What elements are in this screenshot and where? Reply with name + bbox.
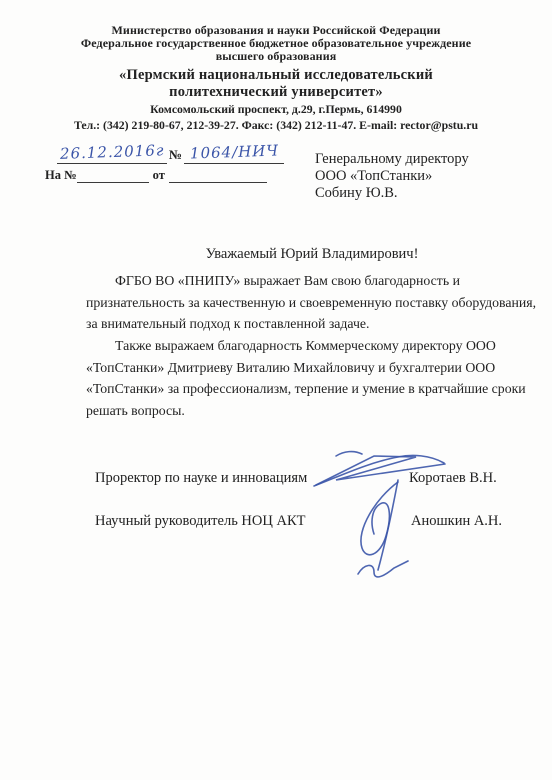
paragraph2-line: «ТопСтанки» Дмитриеву Виталию Михайлович… <box>86 357 542 379</box>
letterhead-university-line1: «Пермский национальный исследовательский <box>0 67 552 84</box>
letter-body: ФГБО ВО «ПНИПУ» выражает Вам свою благод… <box>86 270 542 422</box>
signer1-name: Коротаев В.Н. <box>409 470 497 487</box>
reply-number-blank <box>77 169 149 183</box>
scanned-letter-page: Министерство образования и науки Российс… <box>0 0 552 780</box>
signature-anoshkin <box>346 478 416 586</box>
addressee-position: Генеральному директору <box>315 151 469 168</box>
paragraph1-line: за внимательный подход к поставленной за… <box>86 313 542 335</box>
addressee-company: ООО «ТопСтанки» <box>315 168 469 185</box>
paragraph2-line: «ТопСтанки» за профессионализм, терпение… <box>86 378 542 400</box>
reply-from-label: от <box>149 168 169 183</box>
salutation: Уважаемый Юрий Владимирович! <box>86 246 538 263</box>
signer2-name: Аношкин А.Н. <box>411 513 502 530</box>
letterhead-university-line2: политехнический университет» <box>0 84 552 101</box>
addressee-person: Собину Ю.В. <box>315 185 469 202</box>
letterhead-address: Комсомольский проспект, д.29, г.Пермь, 6… <box>0 102 552 117</box>
signer1-title: Проректор по науке и инновациям <box>95 470 307 487</box>
handwritten-date: 26.12.2016г <box>59 141 164 163</box>
reply-prefix-label: На № <box>45 168 77 183</box>
letterhead-contacts: Тел.: (342) 219-80-67, 212-39-27. Факс: … <box>0 118 552 133</box>
reply-date-blank <box>169 169 267 183</box>
outgoing-number-field: 1064/НИЧ <box>184 144 284 164</box>
addressee-block: Генеральному директору ООО «ТопСтанки» С… <box>315 151 469 201</box>
paragraph2-line: решать вопросы. <box>86 400 542 422</box>
number-sign: № <box>167 147 184 164</box>
reference-row-date-number: 26.12.2016г № 1064/НИЧ <box>57 144 284 164</box>
paragraph2-line: Также выражаем благодарность Коммерческо… <box>86 335 542 357</box>
paragraph1-line: ФГБО ВО «ПНИПУ» выражает Вам свою благод… <box>86 270 542 292</box>
reference-row-reply: На № от <box>45 168 267 183</box>
letterhead-ministry-line3: высшего образования <box>0 49 552 64</box>
paragraph1-line: признательность за качественную и своевр… <box>86 292 542 314</box>
handwritten-number: 1064/НИЧ <box>189 141 279 162</box>
signer2-title: Научный руководитель НОЦ АКТ <box>95 513 305 530</box>
outgoing-date-field: 26.12.2016г <box>57 144 167 164</box>
